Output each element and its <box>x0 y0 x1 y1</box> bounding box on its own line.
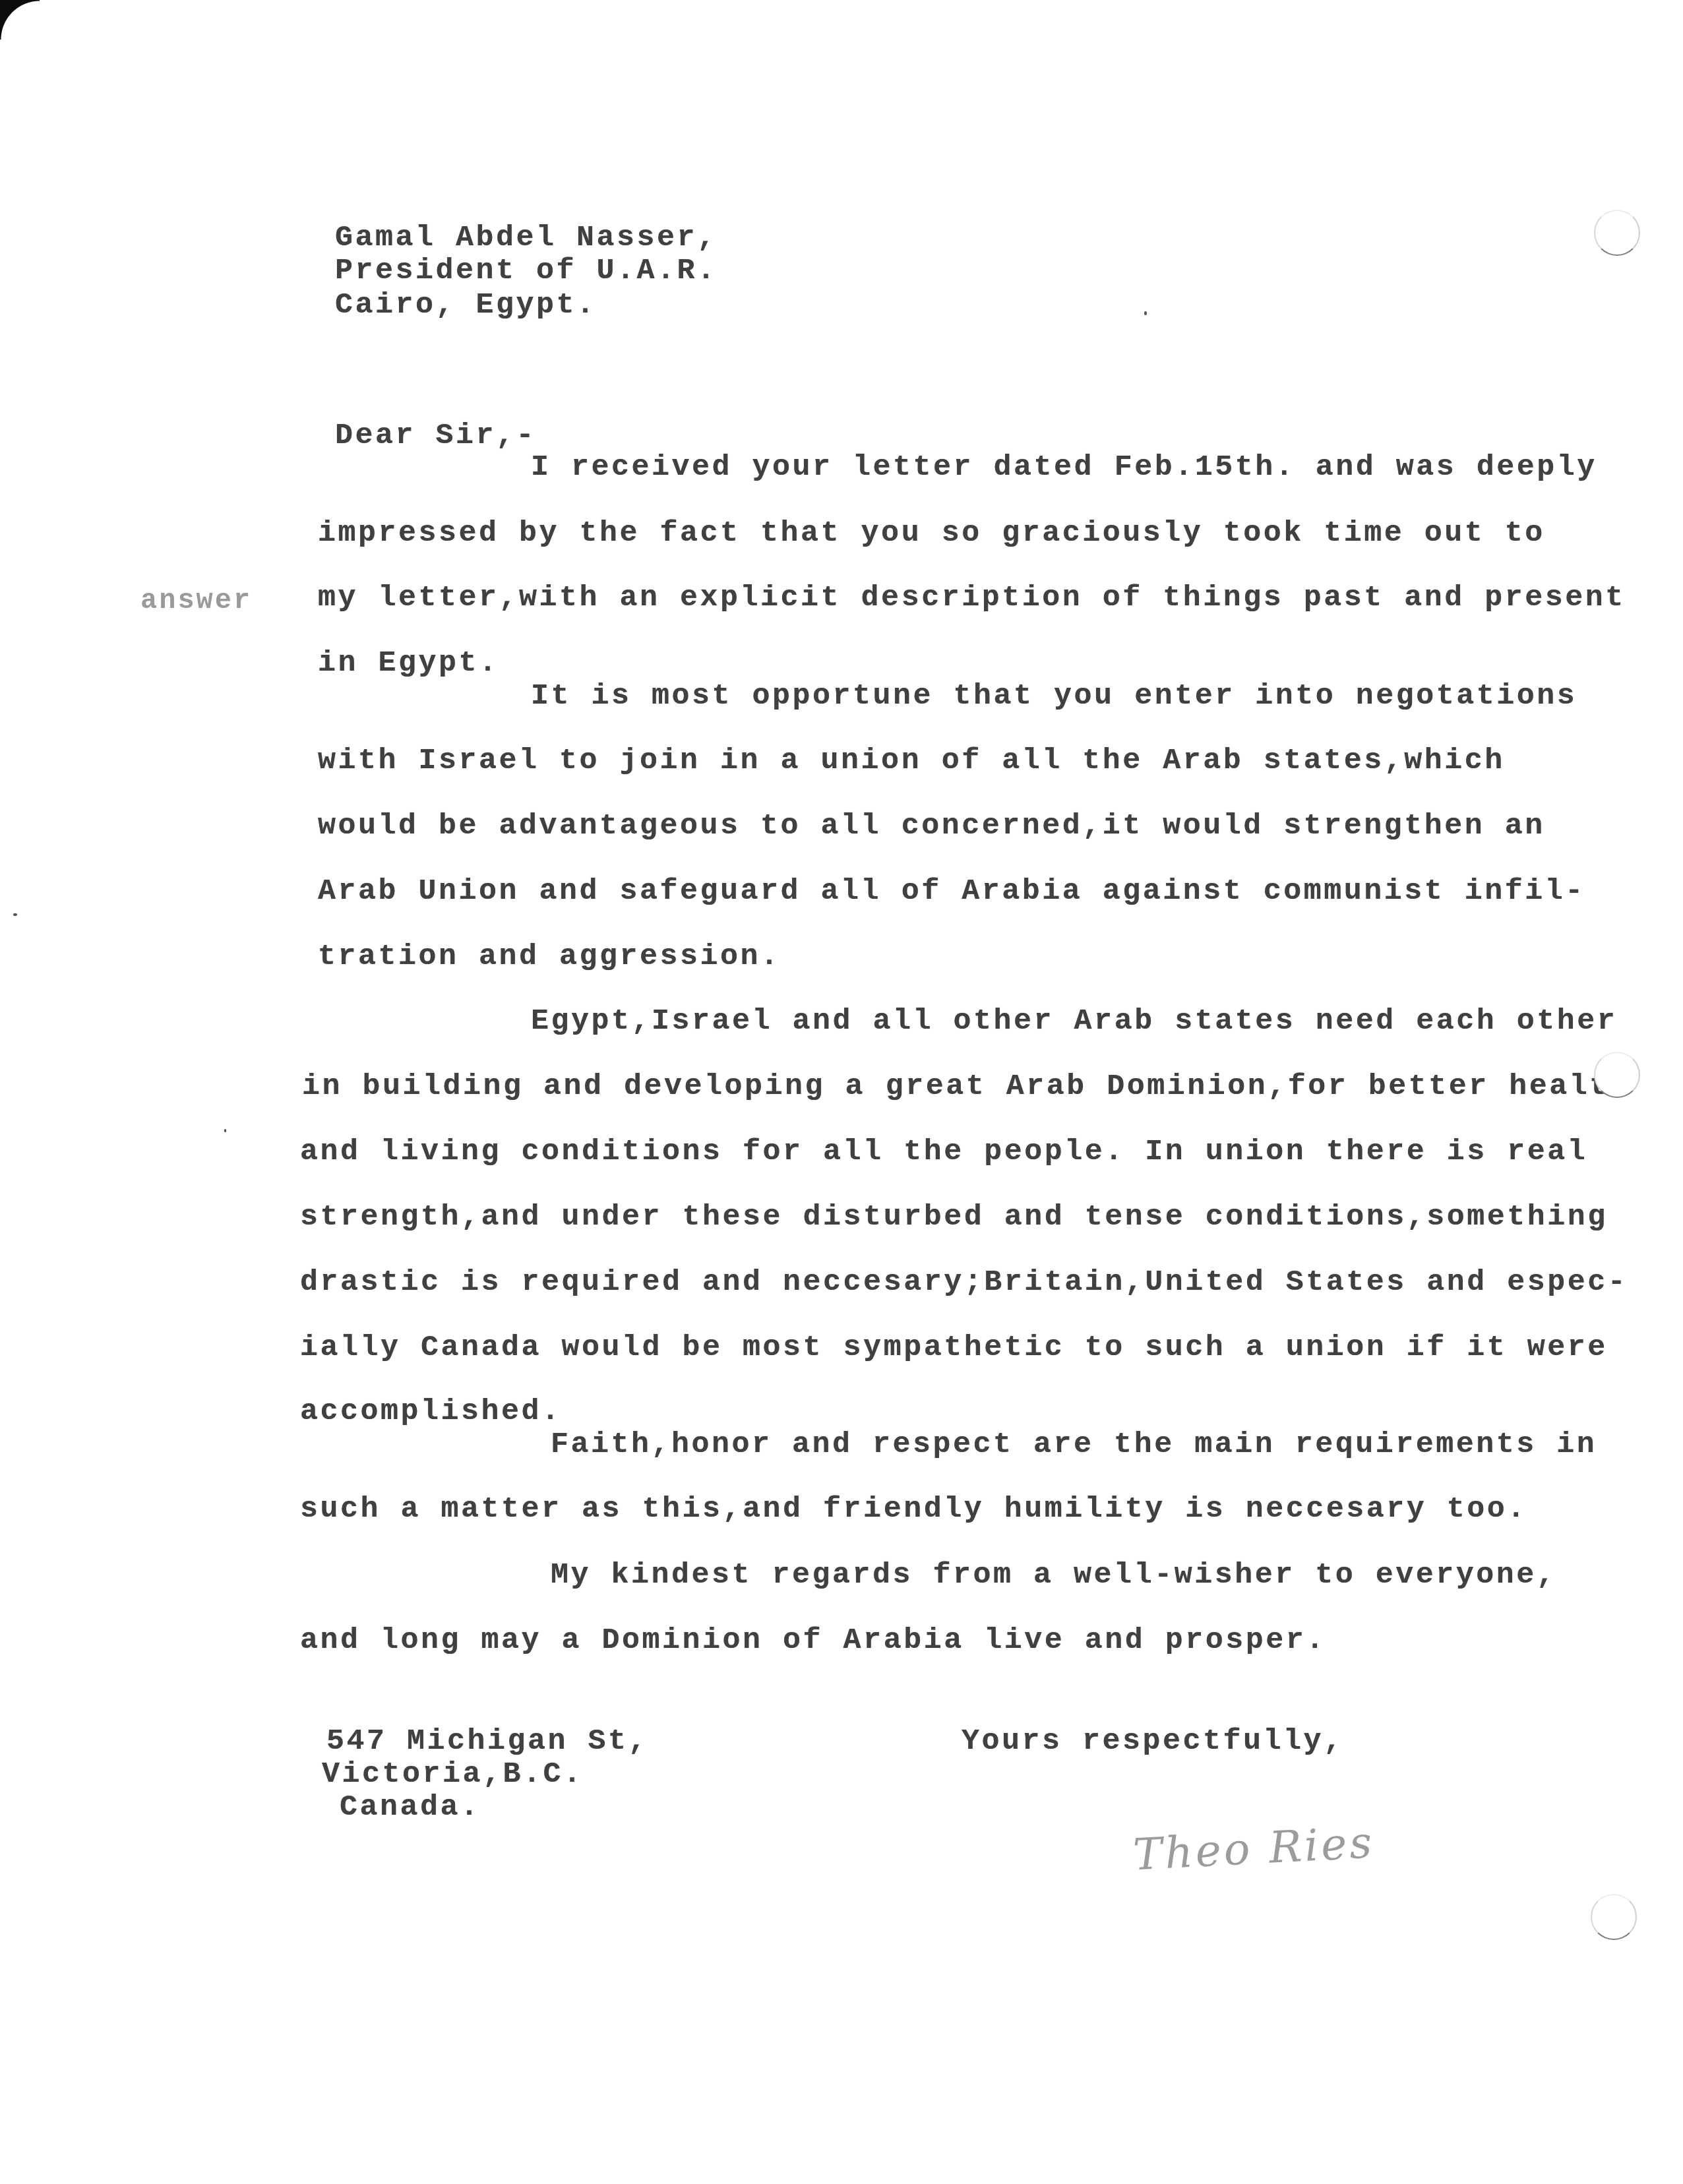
body-line: It is most opportune that you enter into… <box>531 681 1577 711</box>
body-line: my letter,with an explicit description o… <box>318 583 1626 613</box>
body-line: accomplished. <box>300 1397 562 1426</box>
recipient-name: Gamal Abdel Nasser, <box>335 223 718 253</box>
sender-country: Canada. <box>340 1792 481 1822</box>
body-line: would be advantageous to all concerned,i… <box>318 811 1545 841</box>
salutation: Dear Sir,- <box>335 421 536 450</box>
body-line: Faith,honor and respect are the main req… <box>551 1430 1597 1459</box>
punch-hole-icon <box>1591 1894 1637 1940</box>
body-line: in Egypt. <box>318 648 499 678</box>
body-line: impressed by the fact that you so gracio… <box>318 518 1545 548</box>
body-line: in building and developing a great Arab … <box>302 1072 1630 1101</box>
body-line: and living conditions for all the people… <box>300 1137 1587 1167</box>
recipient-city: Cairo, Egypt. <box>335 290 597 320</box>
scan-speck <box>224 1129 226 1132</box>
punch-hole-icon <box>1594 210 1640 256</box>
scan-corner-artifact <box>0 0 40 40</box>
body-line: with Israel to join in a union of all th… <box>318 746 1505 775</box>
body-line: ially Canada would be most sympathetic t… <box>300 1333 1608 1362</box>
margin-note: answer <box>140 585 252 617</box>
body-line: and long may a Dominion of Arabia live a… <box>300 1625 1326 1655</box>
scan-speck <box>13 913 17 916</box>
punch-hole-icon <box>1594 1052 1640 1098</box>
recipient-title: President of U.A.R. <box>335 256 718 286</box>
body-line: Egypt,Israel and all other Arab states n… <box>531 1006 1617 1036</box>
sender-street: 547 Michigan St, <box>326 1726 648 1756</box>
handwritten-signature: Theo Ries <box>1132 1817 1376 1880</box>
scan-speck <box>1144 311 1147 315</box>
closing: Yours respectfully, <box>962 1726 1344 1756</box>
body-line: such a matter as this,and friendly humil… <box>300 1494 1527 1524</box>
body-line: Arab Union and safeguard all of Arabia a… <box>318 876 1585 906</box>
body-line: drastic is required and neccesary;Britai… <box>300 1267 1628 1297</box>
body-line: My kindest regards from a well-wisher to… <box>551 1560 1556 1590</box>
body-line: tration and aggression. <box>318 942 781 971</box>
body-line: I received your letter dated Feb.15th. a… <box>531 452 1597 482</box>
body-line: strength,and under these disturbed and t… <box>300 1202 1608 1232</box>
sender-city: Victoria,B.C. <box>322 1759 584 1789</box>
